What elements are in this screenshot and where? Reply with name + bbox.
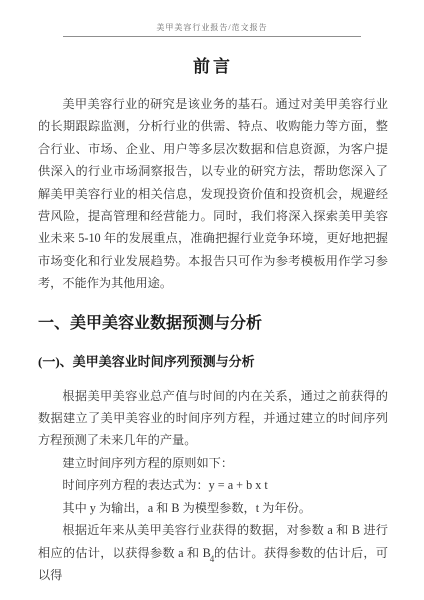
section-heading: 一、美甲美容业数据预测与分析 [38,310,388,333]
document-page: 美甲美容行业报告/范文报告 前言 美甲美容行业的研究是该业务的基石。通过对美甲美… [0,0,424,600]
preface-paragraph: 美甲美容行业的研究是该业务的基石。通过对美甲美容行业的长期跟踪监测，分析行业的供… [38,93,388,295]
subsection-heading: (一)、美甲美容业时间序列预测与分析 [38,351,388,370]
page-title: 前言 [38,52,388,77]
body-paragraph: 根据美甲美容业总产值与时间的内在关系，通过之前获得的数据建立了美甲美容业的时间序… [38,385,388,452]
body-paragraph: 根据近年来从美甲美容行业获得的数据，对参数 a 和 B 进行相应的估计，以获得参… [38,519,388,586]
page-number: 4 [0,554,424,564]
formula-line: 时间序列方程的表达式为：y = a + b x t [38,474,388,496]
page-content: 前言 美甲美容行业的研究是该业务的基石。通过对美甲美容行业的长期跟踪监测，分析行… [38,0,388,586]
body-paragraph: 其中 y 为输出，a 和 B 为模型参数，t 为年份。 [38,497,388,519]
body-paragraph: 建立时间序列方程的原则如下： [38,452,388,474]
